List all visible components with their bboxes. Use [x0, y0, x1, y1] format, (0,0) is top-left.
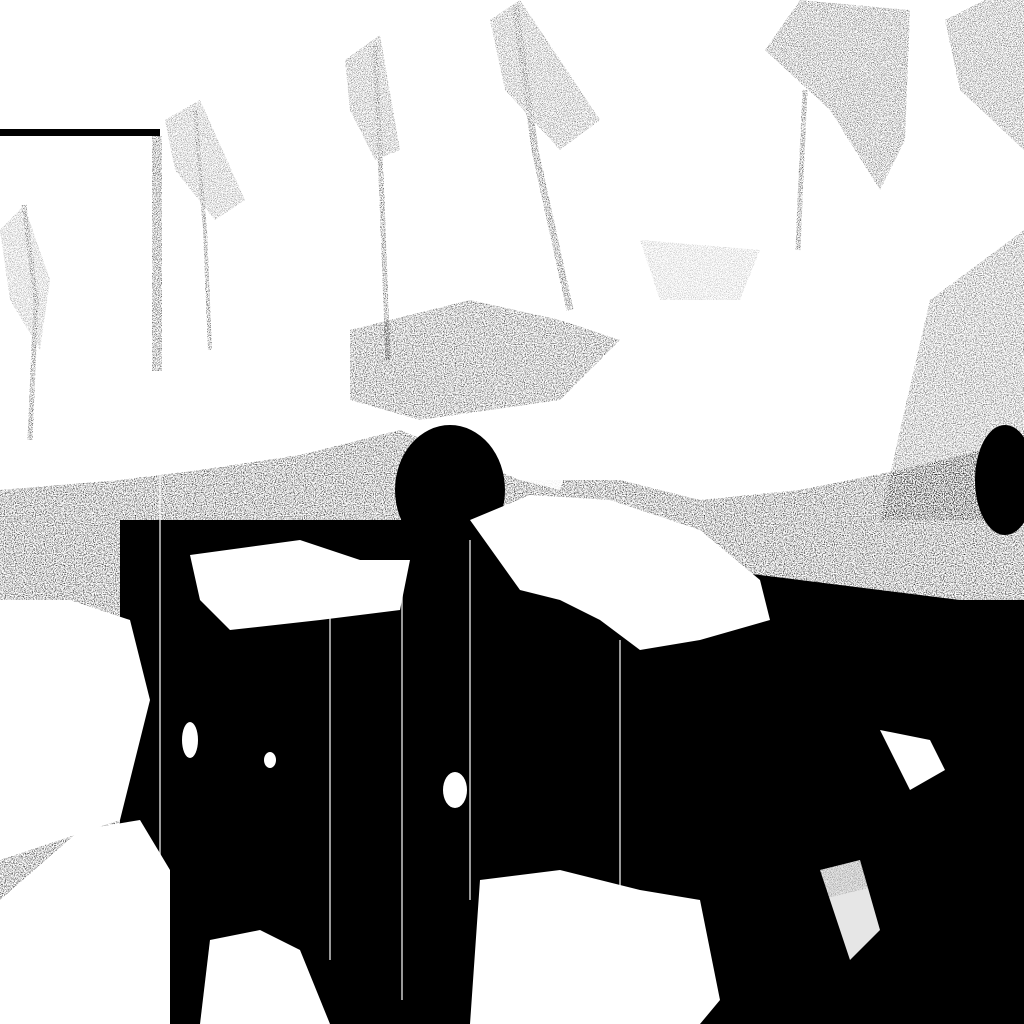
photograph: [0, 0, 1024, 1024]
crowd-of-people: [0, 420, 1024, 1024]
